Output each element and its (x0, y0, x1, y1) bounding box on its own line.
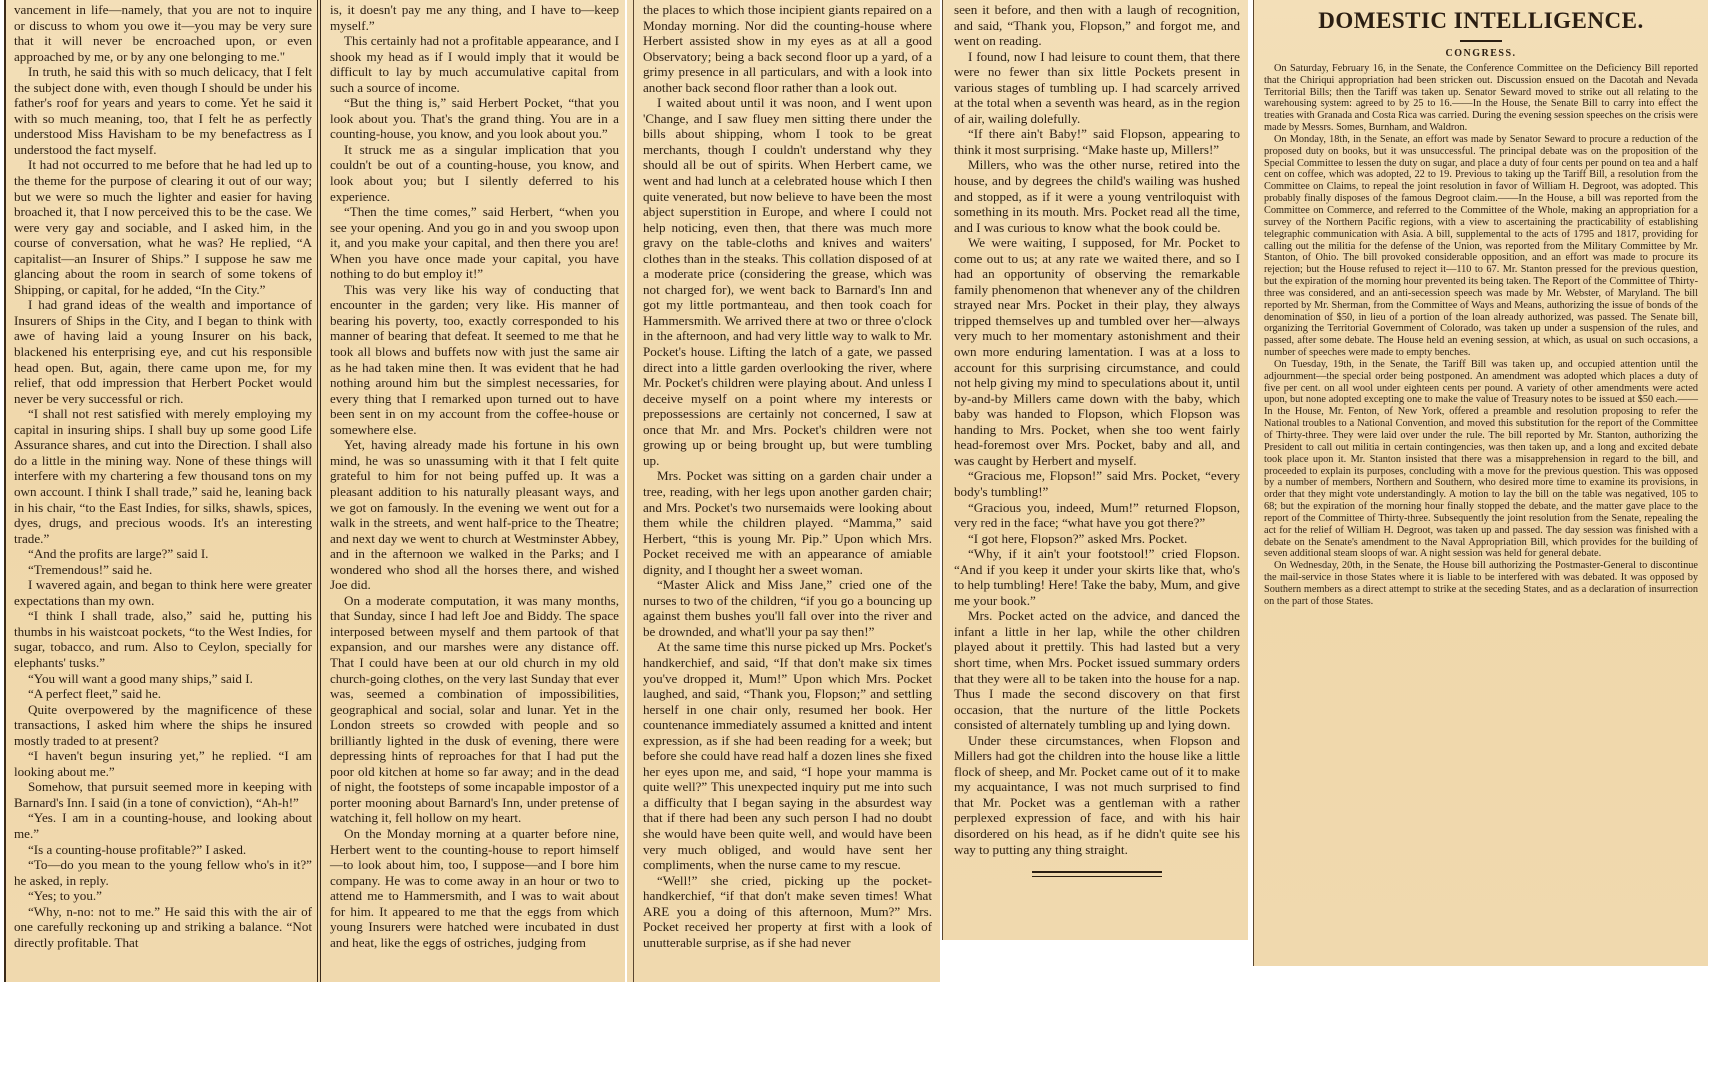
col3-para-3: “Master Alick and Miss Jane,” cried one … (643, 577, 932, 639)
col4-para-1: I found, now I had leisure to count them… (954, 49, 1240, 127)
col3-para-5: “Well!” she cried, picking up the pocket… (643, 873, 932, 951)
col1-para-13: Somehow, that pursuit seemed more in kee… (14, 779, 312, 810)
col5-para-1: On Monday, 18th, in the Senate, an effor… (1264, 134, 1698, 359)
col1-para-3: I had grand ideas of the wealth and impo… (14, 297, 312, 406)
col1-para-9: “You will want a good many ships,” said … (14, 671, 312, 687)
col2-para-3: It struck me as a singular implication t… (330, 142, 619, 204)
col1-para-2: It had not occurred to me before that he… (14, 157, 312, 297)
col2-para-7: On a moderate computation, it was many m… (330, 593, 619, 826)
col4-para-5: “Gracious me, Flopson!” said Mrs. Pocket… (954, 468, 1240, 499)
col1-para-16: “To—do you mean to the young fellow who'… (14, 857, 312, 888)
col2-para-4: “Then the time comes,” said Herbert, “wh… (330, 204, 619, 282)
col2-para-2: “But the thing is,” said Herbert Pocket,… (330, 95, 619, 142)
col3-para-1: I waited about until it was noon, and I … (643, 95, 932, 468)
col4-para-2: “If there ain't Baby!” said Flopson, app… (954, 126, 1240, 157)
col5-para-0: On Saturday, February 16, in the Senate,… (1264, 63, 1698, 134)
col1-para-14: “Yes. I am in a counting-house, and look… (14, 810, 312, 841)
col1-para-4: “I shall not rest satisfied with merely … (14, 406, 312, 546)
col1-para-1: In truth, he said this with so much deli… (14, 64, 312, 157)
col1-para-5: “And the profits are large?” said I. (14, 546, 312, 562)
col1-para-10: “A perfect fleet,” said he. (14, 686, 312, 702)
col2-para-6: Yet, having already made his fortune in … (330, 437, 619, 592)
col1-para-8: “I think I shall trade, also,” said he, … (14, 608, 312, 670)
col1-para-12: “I haven't begun insuring yet,” he repli… (14, 748, 312, 779)
col3-para-0: the places to which those incipient gian… (643, 2, 932, 95)
col4-para-9: Mrs. Pocket acted on the advice, and dan… (954, 608, 1240, 732)
headline-domestic-intelligence: DOMESTIC INTELLIGENCE. (1264, 8, 1698, 34)
col2-para-0: is, it doesn't pay me any thing, and I h… (330, 2, 619, 33)
col1-para-11: Quite overpowered by the magnificence of… (14, 702, 312, 749)
col2-para-5: This was very like his way of conducting… (330, 282, 619, 437)
col4-para-10: Under these circumstances, when Flopson … (954, 733, 1240, 857)
col3-para-2: Mrs. Pocket was sitting on a garden chai… (643, 468, 932, 577)
col1-para-7: I wavered again, and began to think here… (14, 577, 312, 608)
col3-para-4: At the same time this nurse picked up Mr… (643, 639, 932, 872)
col4-para-3: Millers, who was the other nurse, retire… (954, 157, 1240, 235)
clipping-left-edge-rule (1253, 0, 1254, 966)
col2-para-8: On the Monday morning at a quarter befor… (330, 826, 619, 950)
col4-para-6: “Gracious you, indeed, Mum!” returned Fl… (954, 500, 1240, 531)
column-rule-1-2 (317, 0, 321, 982)
column-1: vancement in life—namely, that you are n… (6, 0, 318, 982)
col4-para-0: seen it before, and then with a laugh of… (954, 2, 1240, 49)
column-rule-3-4 (942, 0, 943, 940)
col1-para-18: “Why, n-no: not to me.” He said this wit… (14, 904, 312, 951)
col4-para-8: “Why, if it ain't your footstool!” cried… (954, 546, 1240, 608)
column-4: seen it before, and then with a laugh of… (946, 0, 1246, 940)
clipping-right-story: seen it before, and then with a laugh of… (942, 0, 1248, 940)
col1-para-6: “Tremendous!” said he. (14, 562, 312, 578)
col1-para-15: “Is a counting-house profitable?” I aske… (14, 842, 312, 858)
col5-para-3: On Wednesday, 20th, in the Senate, the H… (1264, 560, 1698, 607)
column-5: DOMESTIC INTELLIGENCE. CONGRESS. On Satu… (1256, 0, 1708, 966)
end-of-story-rule (1032, 871, 1162, 877)
column-3: the places to which those incipient gian… (635, 0, 938, 982)
col4-para-4: We were waiting, I supposed, for Mr. Poc… (954, 235, 1240, 468)
headline-rule (1460, 40, 1502, 42)
clipping-center: the places to which those incipient gian… (627, 0, 940, 982)
clipping-domestic-intelligence: DOMESTIC INTELLIGENCE. CONGRESS. On Satu… (1253, 0, 1708, 966)
col2-para-1: This certainly had not a profitable appe… (330, 33, 619, 95)
subhead-congress: CONGRESS. (1264, 48, 1698, 60)
column-rule-2-3 (633, 0, 634, 982)
column-2: is, it doesn't pay me any thing, and I h… (322, 0, 625, 982)
col4-para-7: “I got here, Flopson?” asked Mrs. Pocket… (954, 531, 1240, 547)
col1-para-0: vancement in life—namely, that you are n… (14, 2, 312, 64)
col5-para-2: On Tuesday, 19th, in the Senate, the Tar… (1264, 359, 1698, 560)
col1-para-17: “Yes; to you.” (14, 888, 312, 904)
clipping-left: vancement in life—namely, that you are n… (4, 0, 625, 982)
